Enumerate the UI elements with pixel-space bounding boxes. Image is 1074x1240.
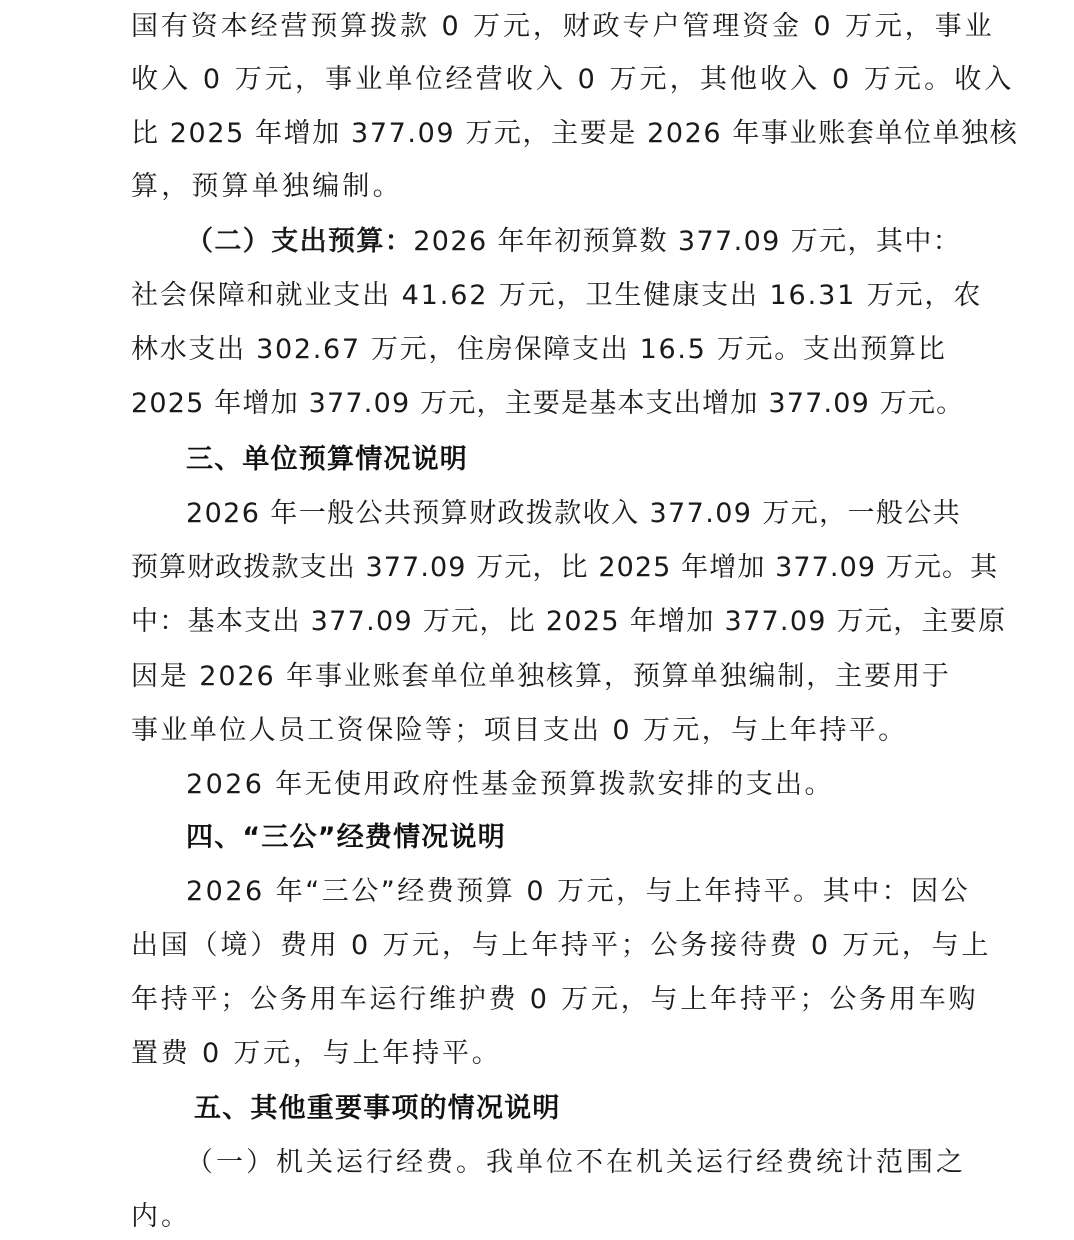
expenditure-budget-label: （二）支出预算： — [186, 226, 413, 257]
paragraph-line: 出国（境）费用 0 万元，与上年持平；公务接待费 0 万元，与上 — [131, 928, 991, 964]
expenditure-budget-line: （二）支出预算：2026 年年初预算数 377.09 万元，其中： — [186, 224, 961, 260]
paragraph-line: （一）机关运行经费。我单位不在机关运行经费统计范围之 — [186, 1145, 966, 1181]
paragraph-line: 年持平；公务用车运行维护费 0 万元，与上年持平；公务用车购 — [131, 982, 978, 1018]
paragraph-line: 算，预算单独编制。 — [131, 169, 403, 205]
paragraph-line: 事业单位人员工资保险等；项目支出 0 万元，与上年持平。 — [131, 713, 908, 749]
section-heading-other-matters: 五、其他重要事项的情况说明 — [194, 1091, 561, 1127]
paragraph-line: 内。 — [131, 1199, 191, 1235]
paragraph-line: 比 2025 年增加 377.09 万元，主要是 2026 年事业账套单位单独核 — [131, 116, 1018, 152]
paragraph-line: 2026 年“三公”经费预算 0 万元，与上年持平。其中：因公 — [186, 874, 970, 910]
paragraph-line: 2026 年无使用政府性基金预算拨款安排的支出。 — [186, 767, 834, 803]
paragraph-line: 2026 年一般公共预算财政拨款收入 377.09 万元，一般公共 — [186, 496, 961, 532]
paragraph-line: 因是 2026 年事业账套单位单独核算，预算单独编制，主要用于 — [131, 659, 951, 695]
section-heading-unit-budget: 三、单位预算情况说明 — [186, 442, 468, 478]
paragraph-line: 国有资本经营预算拨款 0 万元，财政专户管理资金 0 万元，事业 — [131, 9, 995, 45]
paragraph-line: 中：基本支出 377.09 万元，比 2025 年增加 377.09 万元，主要… — [131, 604, 1006, 640]
document-page: 国有资本经营预算拨款 0 万元，财政专户管理资金 0 万元，事业 收入 0 万元… — [0, 0, 1074, 1240]
section-heading-three-public-expenses: 四、“三公”经费情况说明 — [186, 820, 506, 856]
paragraph-line: 林水支出 302.67 万元，住房保障支出 16.5 万元。支出预算比 — [131, 332, 946, 368]
paragraph-line: 预算财政拨款支出 377.09 万元，比 2025 年增加 377.09 万元。… — [131, 550, 998, 586]
paragraph-line: 置费 0 万元，与上年持平。 — [131, 1036, 502, 1072]
paragraph-line: 社会保障和就业支出 41.62 万元，卫生健康支出 16.31 万元，农 — [131, 278, 982, 314]
paragraph-line: 2025 年增加 377.09 万元，主要是基本支出增加 377.09 万元。 — [131, 386, 964, 422]
paragraph-line: 收入 0 万元，事业单位经营收入 0 万元，其他收入 0 万元。收入 — [131, 62, 1014, 98]
paragraph-text: 2026 年年初预算数 377.09 万元，其中： — [413, 226, 961, 257]
